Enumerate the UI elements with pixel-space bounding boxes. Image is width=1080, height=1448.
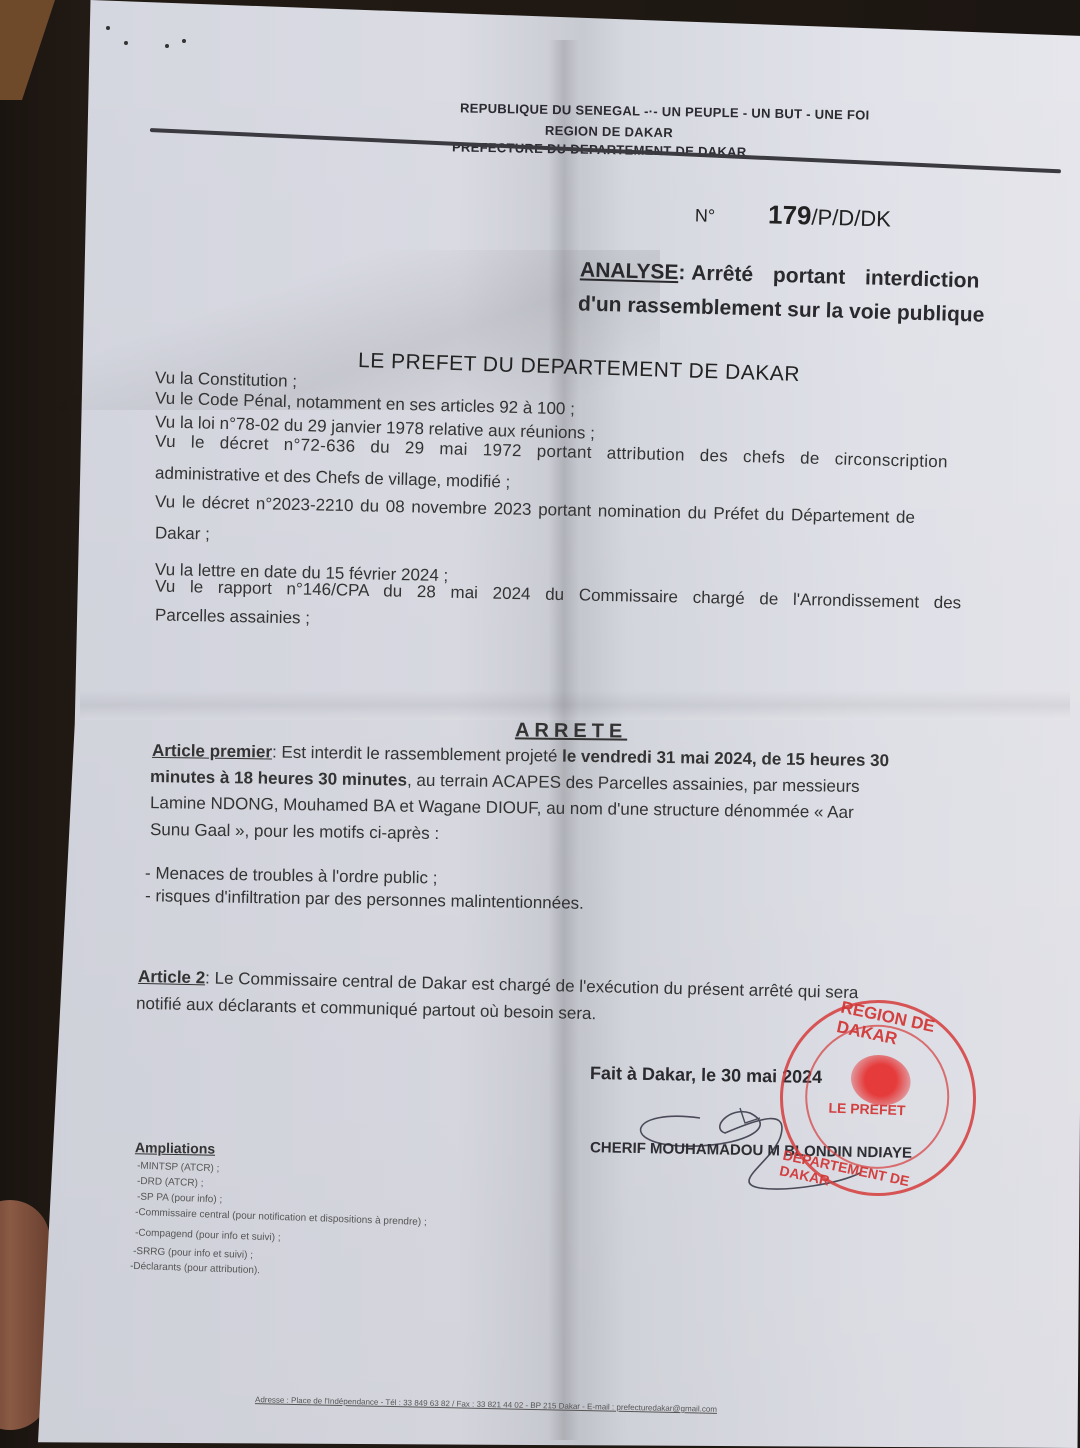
punch-dot <box>124 41 128 45</box>
ampliations-title: Ampliations <box>135 1139 215 1156</box>
reference-number: N° 179/P/D/DK <box>695 197 892 233</box>
background-surface <box>0 0 55 100</box>
reference-label: N° <box>695 205 716 226</box>
punch-dot <box>106 26 110 30</box>
stamp-center-text: LE PREFET <box>828 1100 906 1119</box>
article-1-time: minutes à 18 heures 30 minutes <box>150 767 407 790</box>
punch-dot <box>182 39 186 43</box>
analyse-label: ANALYSE <box>580 258 679 284</box>
punch-dot <box>165 44 169 48</box>
ampliation-item: -DRD (ATCR) ; <box>137 1176 204 1189</box>
reference-suffix: /P/D/DK <box>811 204 891 231</box>
article-1-line-4: Sunu Gaal », pour les motifs ci-après : <box>150 820 439 844</box>
visa-line: Parcelles assainies ; <box>155 605 310 628</box>
paper-fold-horizontal <box>80 690 1070 720</box>
reference-value: 179 <box>768 199 812 230</box>
header-region: REGION DE DAKAR <box>545 123 673 140</box>
article-2-label: Article 2 <box>138 967 206 988</box>
article-1-text: : Est interdit le rassemblement projeté <box>272 743 562 766</box>
visa-line: Dakar ; <box>155 523 210 544</box>
paper-shadow <box>60 250 660 410</box>
article-1-date: le vendredi 31 mai 2024, de 15 heures 30 <box>562 747 889 771</box>
analyse-separator: : <box>678 261 686 284</box>
decision-heading: ARRETE <box>515 719 627 743</box>
article-1-label: Article premier <box>152 741 272 762</box>
